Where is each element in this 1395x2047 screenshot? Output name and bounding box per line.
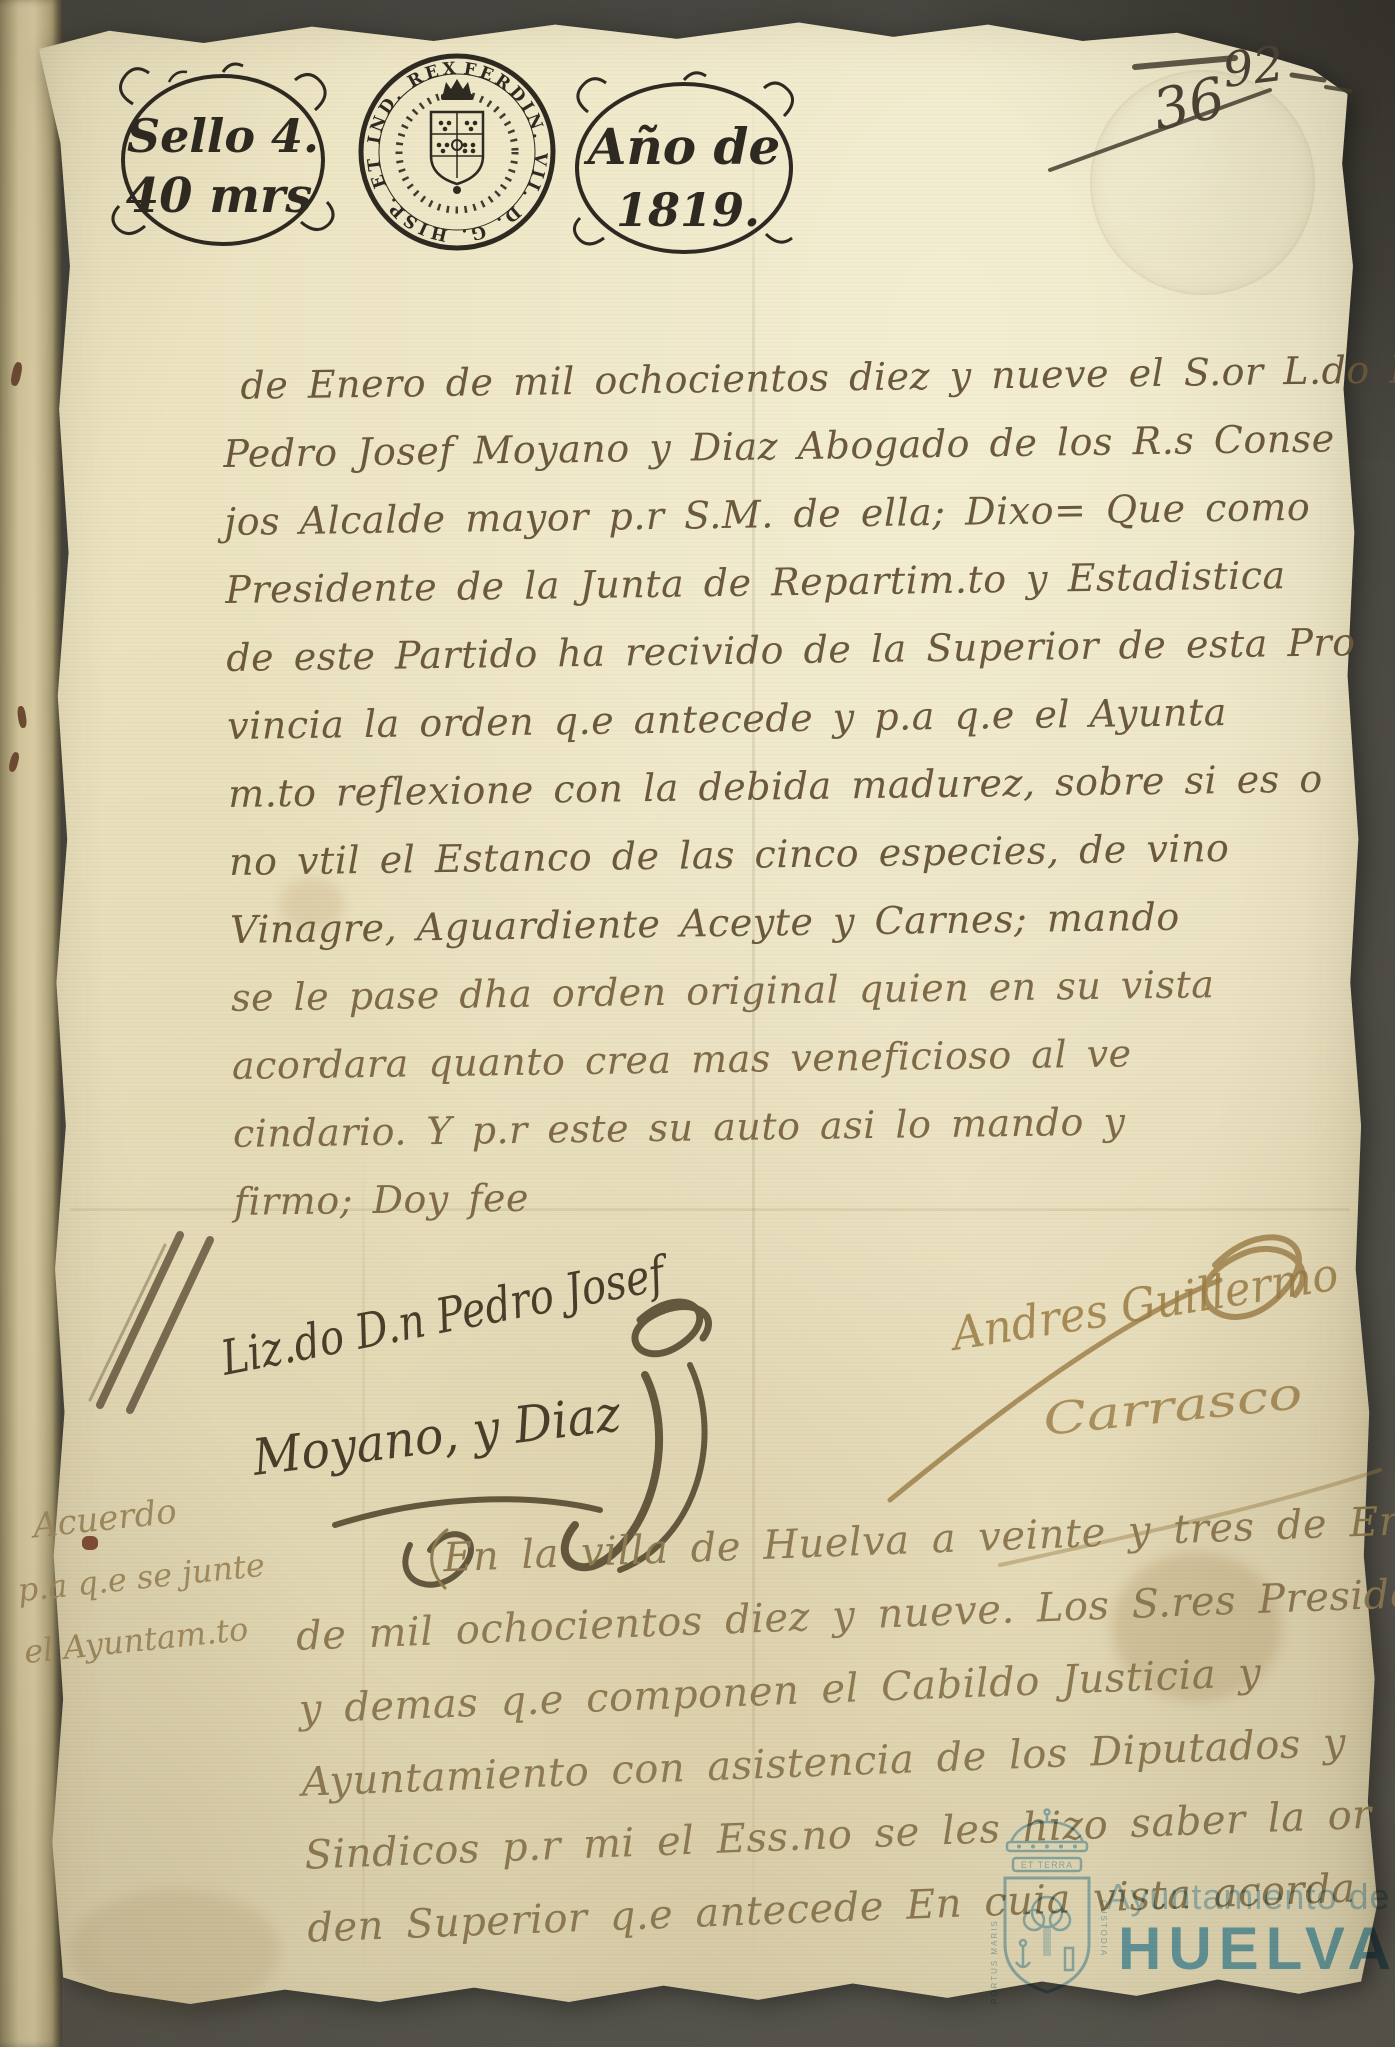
witness-name-line2: Carrasco xyxy=(1041,1368,1305,1446)
crest-left-motto: PORTUS MARIS xyxy=(990,1919,999,2004)
decree-paragraph: de Enero de mil ochocientos diez y nueve… xyxy=(222,336,1364,1236)
manuscript-scan: Sello 4. 40 mrs FERDIN. VII. D. G. HISP.… xyxy=(0,0,1395,2047)
royal-arms-stamp: FERDIN. VII. D. G. HISP. ET IND. REX. xyxy=(355,50,560,255)
signature-name-line2: Moyano, y Diaz xyxy=(248,1384,624,1487)
year-stamp-text-line1: Año de xyxy=(584,117,781,176)
year-stamp: Año de 1819. xyxy=(562,68,807,268)
huelva-crest-watermark: ET TERRA PORTUS MARIS CUSTODIA xyxy=(975,1808,1120,2043)
crest-banner-text: ET TERRA xyxy=(1021,1860,1073,1870)
witness-name-line1: Andres Guillermo xyxy=(945,1247,1342,1362)
folio-number-current: 92 xyxy=(1220,36,1287,99)
year-stamp-text-line2: 1819. xyxy=(616,183,760,237)
signature-name-line1: Liz.do D.n Pedro Josef xyxy=(216,1245,675,1387)
age-stain xyxy=(70,1890,280,2010)
sello-stamp-text-line1: Sello 4. xyxy=(127,109,319,163)
folio-number-crossed: 36 xyxy=(1147,65,1230,143)
crown-icon xyxy=(441,79,473,100)
signature-rubric xyxy=(635,1302,709,1354)
folio-numbers: 36 92 xyxy=(1020,25,1390,215)
crown-icon xyxy=(1011,1822,1083,1842)
tree-icon xyxy=(1032,1897,1062,1927)
watermark-organization: Ayuntamiento de xyxy=(1106,1876,1391,1918)
pillar-icon xyxy=(1065,1948,1073,1970)
margin-note: Acuerdo p.a q.e se junte el Ayuntam.to xyxy=(8,1470,296,1683)
sello-40mrs-stamp: Sello 4. 40 mrs xyxy=(105,58,340,263)
binding-thread-knot xyxy=(82,1536,98,1550)
anchor-icon xyxy=(1016,1940,1030,1968)
pen-stroke xyxy=(1135,58,1235,67)
pen-stroke xyxy=(1292,75,1324,80)
sello-stamp-text-line2: 40 mrs xyxy=(126,168,313,224)
watermark-city: HUELVA xyxy=(1118,1914,1395,1983)
pen-stroke xyxy=(1326,87,1350,91)
